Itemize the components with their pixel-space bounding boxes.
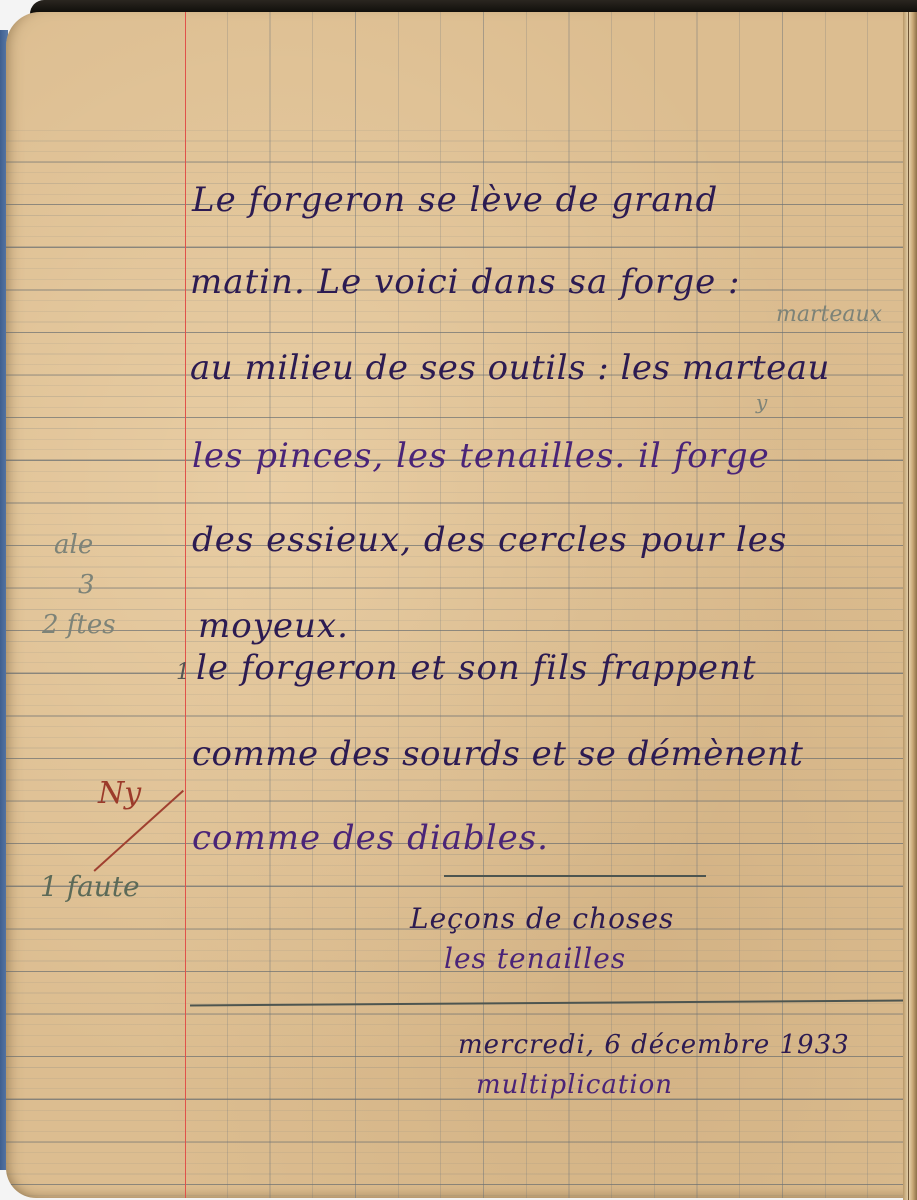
dictation-line-6: moyeux. <box>198 606 349 646</box>
margin-fautes-count: 2 ftes <box>42 610 116 640</box>
margin-grade-ale: ale <box>54 530 93 560</box>
margin-tick: 1 <box>176 660 190 685</box>
red-margin-line <box>185 12 186 1198</box>
correction-y: y <box>756 390 767 414</box>
dictation-line-8: comme des sourds et se démènent <box>192 734 803 774</box>
notebook-page: Le forgeron se lève de grand matin. Le v… <box>6 12 906 1198</box>
correction-marteaux: marteaux <box>776 302 882 327</box>
dictation-line-1: Le forgeron se lève de grand <box>192 180 718 220</box>
scanned-notebook-page: Le forgeron se lève de grand matin. Le v… <box>0 0 917 1200</box>
margin-grade-number: 3 <box>78 570 95 600</box>
lesson-subtitle: les tenailles <box>444 942 626 975</box>
margin-one-fault: 1 faute <box>40 870 140 903</box>
teacher-initials: Ny <box>98 776 141 811</box>
date-heading: mercredi, 6 décembre 1933 <box>458 1030 850 1060</box>
underline-separator <box>444 875 706 877</box>
lesson-title: Leçons de choses <box>410 902 674 935</box>
dictation-line-2: matin. Le voici dans sa forge : <box>190 262 741 302</box>
dictation-line-9: comme des diables. <box>192 818 549 858</box>
binding-crease <box>908 12 909 1200</box>
dictation-line-4: les pinces, les tenailles. il forge <box>192 436 770 476</box>
dictation-line-3: au milieu de ses outils : les marteau <box>190 348 830 388</box>
notebook-binding-edge <box>903 12 917 1200</box>
dictation-line-5: des essieux, des cercles pour les <box>192 520 787 560</box>
subject-heading: multiplication <box>476 1070 673 1100</box>
dictation-line-7: le forgeron et son fils frappent <box>196 648 757 688</box>
